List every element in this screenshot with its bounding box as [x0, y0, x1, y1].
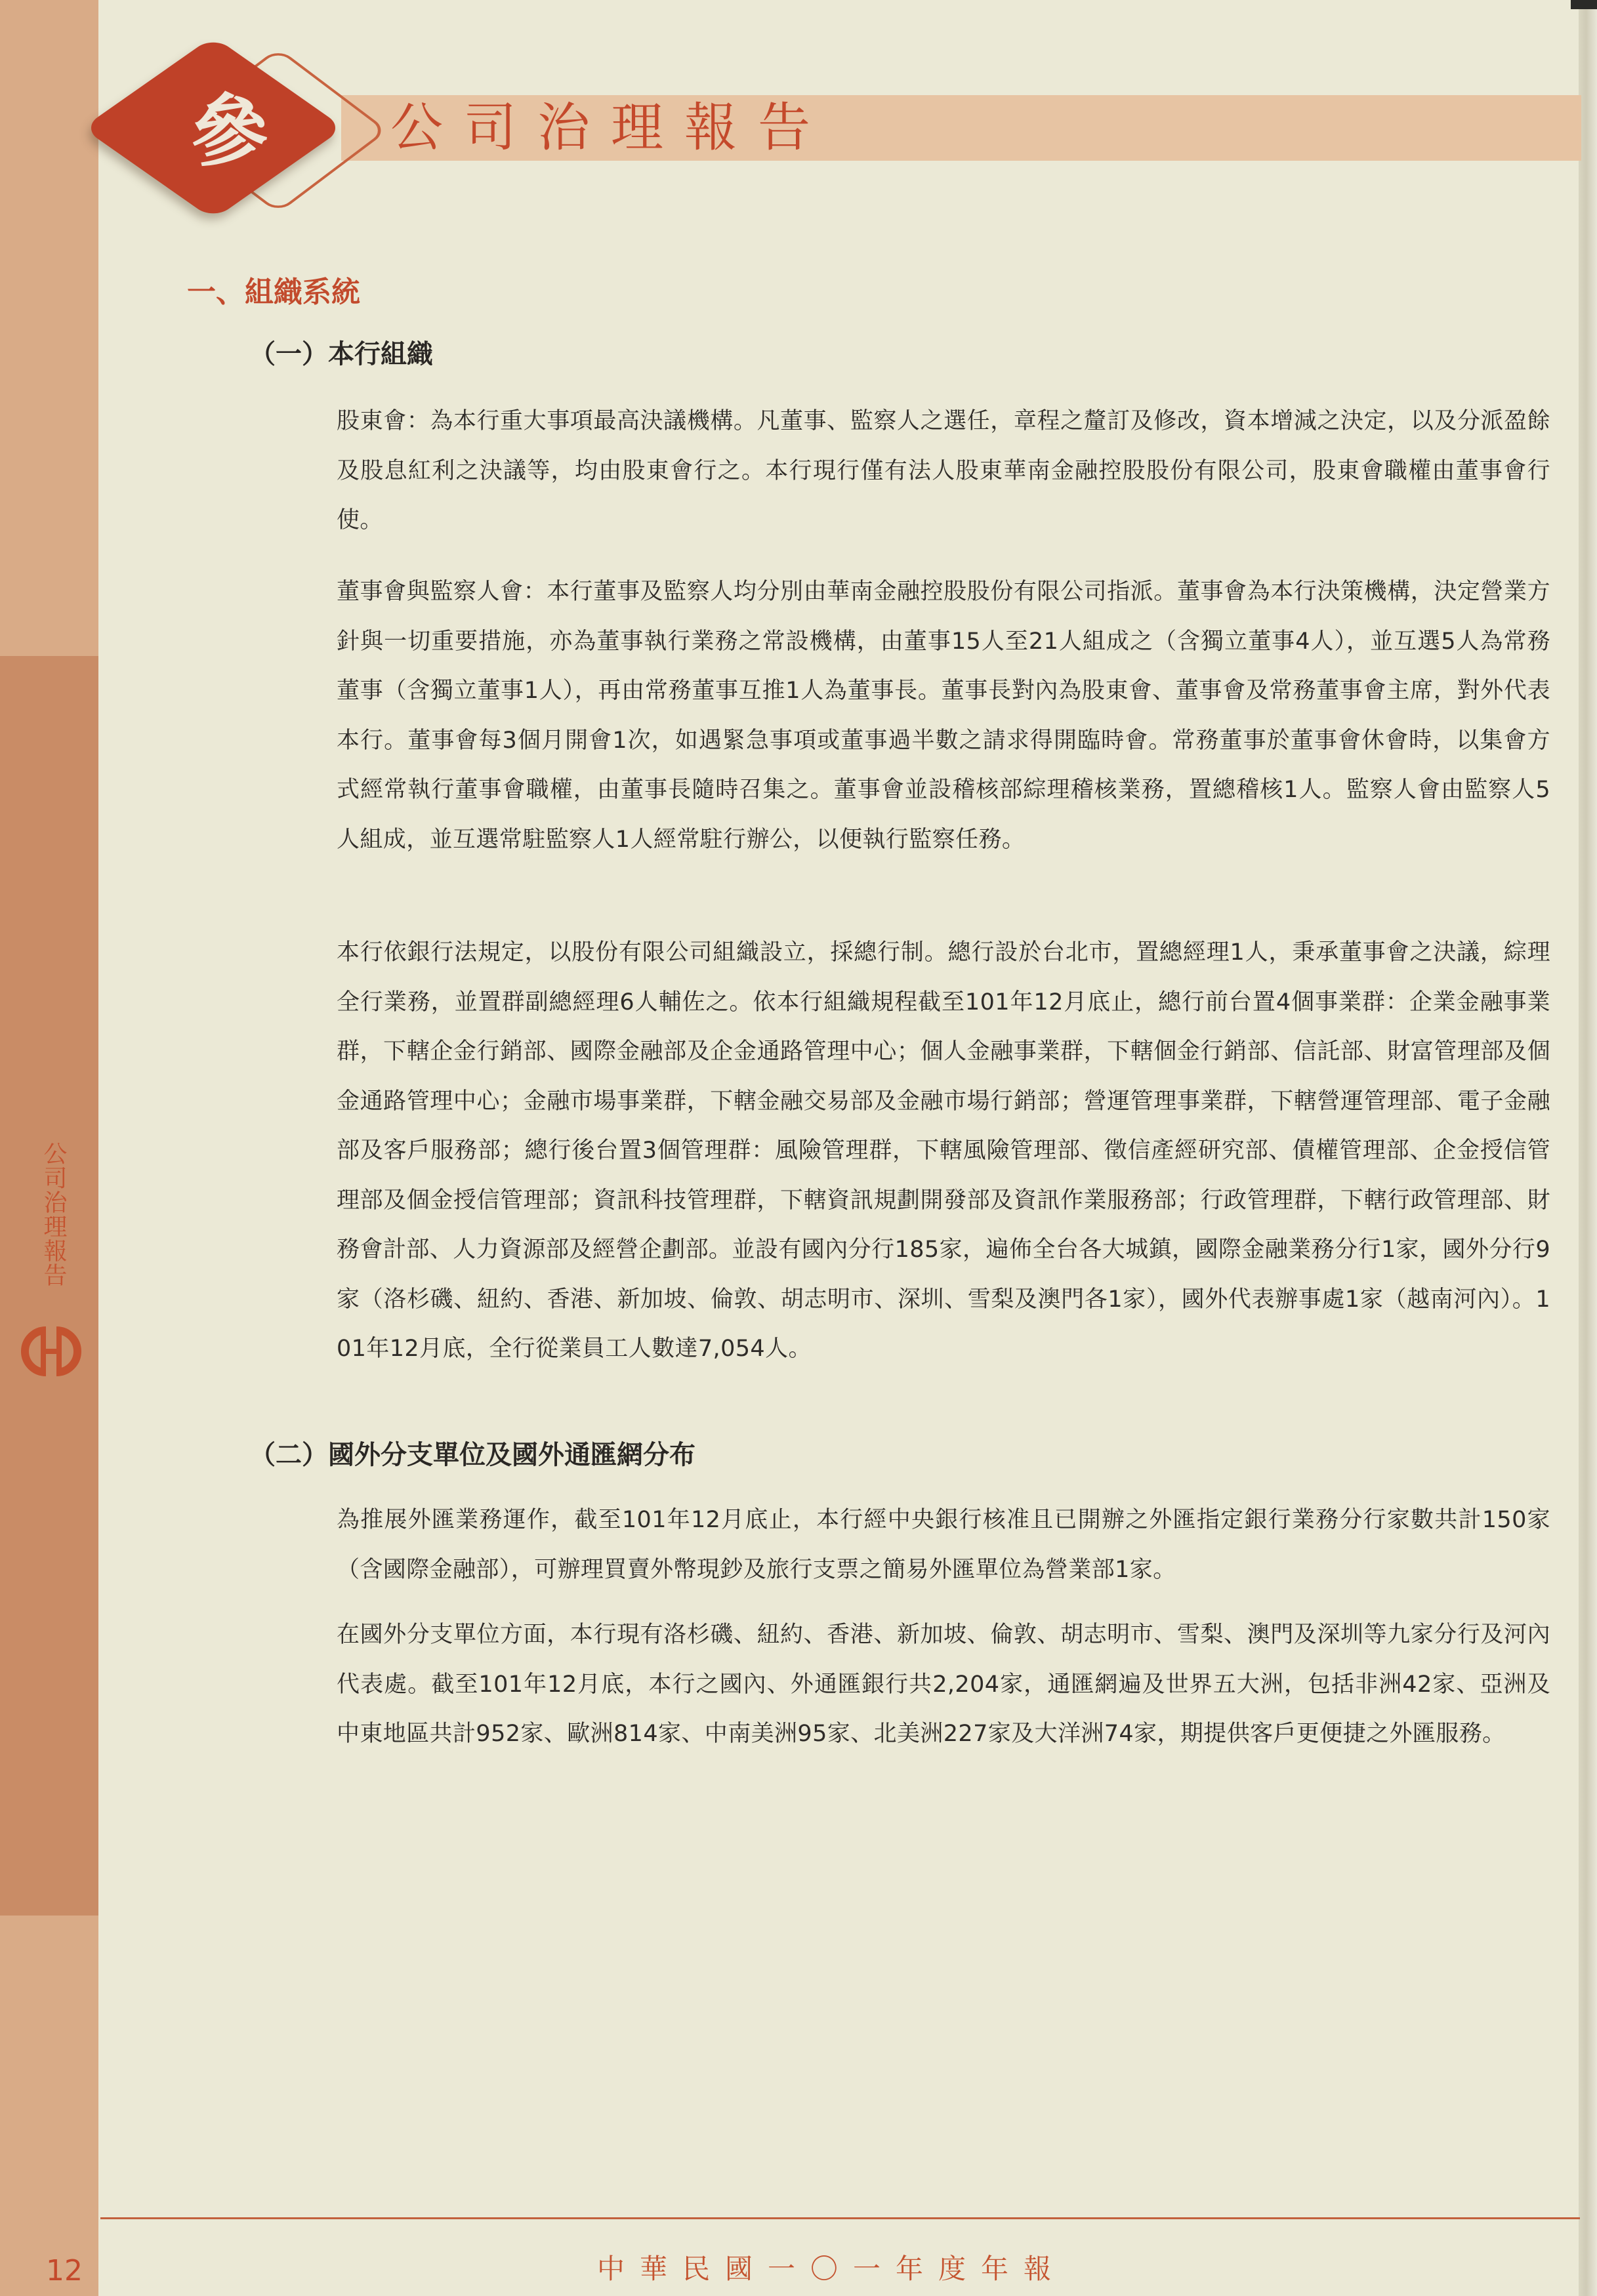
paragraph-shareholders-meeting: 股東會：為本行重大事項最高決議機構。凡董事、監察人之選任，章程之釐訂及修改，資本… — [337, 397, 1550, 546]
paragraph-bank-structure: 本行依銀行法規定，以股份有限公司組織設立，採總行制。總行設於台北市，置總經理1人… — [337, 928, 1550, 1374]
section-heading-organization: 一、組織系統 — [187, 274, 360, 311]
chapter-number: 參 — [180, 82, 279, 180]
footer-divider — [100, 2217, 1580, 2219]
page-corner-shadow — [1571, 0, 1597, 9]
subsection-heading-bank-organization: （一）本行組織 — [249, 337, 433, 371]
paragraph-forex-branches: 為推展外匯業務運作，截至101年12月底止，本行經中央銀行核准且已開辦之外匯指定… — [337, 1496, 1550, 1595]
chapter-title: 公司治理報告 — [390, 98, 831, 157]
subsection-heading-overseas-network: （二）國外分支單位及國外通匯網分布 — [249, 1438, 695, 1472]
paragraph-overseas-units: 在國外分支單位方面，本行現有洛杉磯、紐約、香港、新加坡、倫敦、胡志明市、雪梨、澳… — [337, 1610, 1550, 1759]
hua-nan-bank-logo-icon — [20, 1325, 83, 1378]
sidebar-band-bottom — [0, 1916, 98, 2296]
sidebar-chapter-label: 公司治理報告 — [39, 1141, 66, 1287]
page-number: 12 — [46, 2255, 83, 2287]
footer-publication-title: 中華民國一〇一年度年報 — [597, 2253, 1066, 2286]
page-edge — [1579, 0, 1597, 2296]
sidebar-band-top — [0, 0, 98, 656]
paragraph-board-and-supervisors: 董事會與監察人會：本行董事及監察人均分別由華南金融控股股份有限公司指派。董事會為… — [337, 567, 1550, 865]
